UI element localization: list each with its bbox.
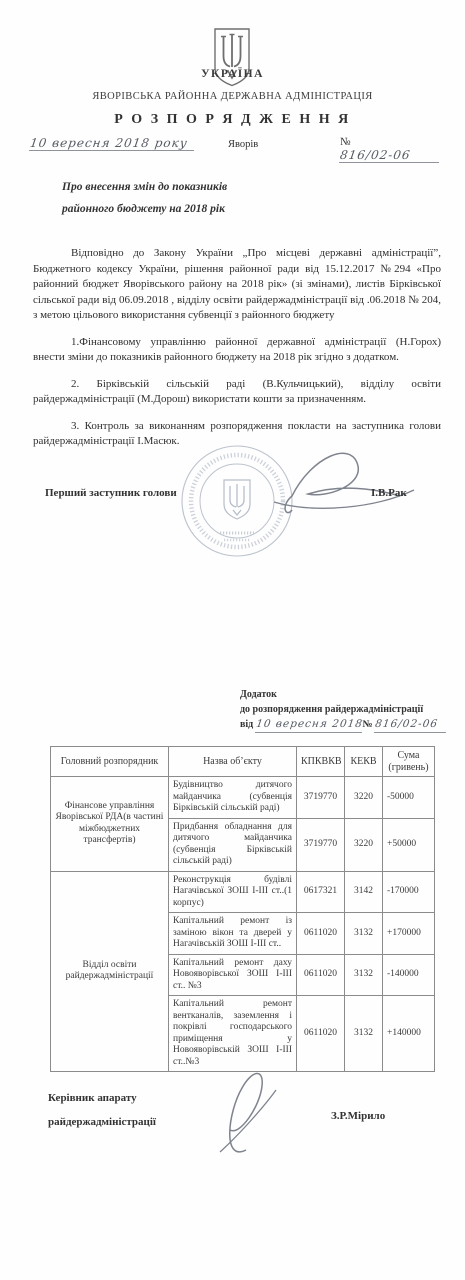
appendix-reference-line: від 10 вересня 2018№ 816/02-06 [240, 717, 456, 733]
kekv-code: 3132 [345, 954, 383, 996]
object-name: Капітальний ремонт із заміною вікон та д… [169, 913, 297, 955]
appendix-from-label: від [240, 719, 253, 730]
kekv-code: 3220 [345, 818, 383, 871]
appendix-subtitle: до розпорядження райдержадміністрації [240, 702, 456, 717]
object-name: Реконструкція будівлі Нагачівської ЗОШ І… [169, 871, 297, 913]
position-line-1: Керівник апарату [48, 1086, 156, 1110]
kekv-code: 3220 [345, 777, 383, 819]
paragraph-preamble: Відповідно до Закону України „Про місцев… [33, 246, 441, 324]
kpkvkv-code: 0611020 [297, 913, 345, 955]
number-label: № [340, 136, 351, 148]
sum-value: +50000 [383, 818, 435, 871]
signatory-position-2: Керівник апарату райдержадміністрації [48, 1086, 156, 1134]
dateline: 10 вересня 2018 року Яворів № 816/02-06 [30, 136, 443, 158]
city-name: Яворів [228, 139, 258, 150]
table-header-row: Головний розпорядник Назва об’єкту КПКВК… [51, 747, 435, 777]
kekv-code: 3132 [345, 913, 383, 955]
signature-scribble-mirylo [212, 1062, 298, 1162]
sum-value: +170000 [383, 913, 435, 955]
kpkvkv-code: 0611020 [297, 996, 345, 1072]
signature-scribble-rak [268, 440, 418, 532]
signatory-name-2: З.Р.Мірило [331, 1110, 385, 1122]
table-row: Фінансове управління Яворівської РДА(в ч… [51, 777, 435, 819]
paragraph-item-2: 2. Бірківській сільській раді (В.Кульчиц… [33, 377, 441, 408]
header-kpkvkv: КПКВКВ [297, 747, 345, 777]
sum-value: +140000 [383, 996, 435, 1072]
signatory-position-1: Перший заступник голови [45, 487, 177, 499]
sum-value: -50000 [383, 777, 435, 819]
manager-finance-dept: Фінансове управління Яворівської РДА(в ч… [51, 777, 169, 872]
kekv-code: 3132 [345, 996, 383, 1072]
object-name: Будівництво дитячого майданчика (субвенц… [169, 777, 297, 819]
appendix-number-label: № [363, 719, 373, 730]
kpkvkv-code: 0617321 [297, 871, 345, 913]
object-name: Капітальний ремонт вентканалів, заземлен… [169, 996, 297, 1072]
budget-changes-table: Головний розпорядник Назва об’єкту КПКВК… [50, 746, 435, 1072]
appendix-handwritten-date: 10 вересня 2018 [255, 717, 364, 733]
kpkvkv-code: 0611020 [297, 954, 345, 996]
header-manager: Головний розпорядник [51, 747, 169, 777]
header-sum: Сума (гривень) [383, 747, 435, 777]
appendix-label: Додаток [240, 687, 456, 702]
sum-value: -140000 [383, 954, 435, 996]
title-line-2: районного бюджету на 2018 рік [62, 198, 342, 220]
position-line-2: райдержадміністрації [48, 1110, 156, 1134]
table-row: Відділ освіти райдержадміністрації Рекон… [51, 871, 435, 913]
signatory-name-1: І.В.Рак [371, 487, 407, 499]
kekv-code: 3142 [345, 871, 383, 913]
sum-value: -170000 [383, 871, 435, 913]
organization-name: ЯВОРІВСЬКА РАЙОННА ДЕРЖАВНА АДМІНІСТРАЦІ… [0, 91, 465, 102]
appendix-heading: Додаток до розпорядження райдержадмініст… [240, 687, 456, 733]
country-name: УКРАЇНА [0, 68, 465, 80]
handwritten-number: 816/02-06 [339, 148, 441, 163]
handwritten-date: 10 вересня 2018 року [29, 136, 196, 151]
header-object: Назва об’єкту [169, 747, 297, 777]
manager-education-dept: Відділ освіти райдержадміністрації [51, 871, 169, 1072]
kpkvkv-code: 3719770 [297, 777, 345, 819]
title-line-1: Про внесення змін до показників [62, 176, 342, 198]
document-title: Про внесення змін до показників районног… [62, 176, 342, 220]
paragraph-item-1: 1.Фінансовому управлінню районної держав… [33, 335, 441, 366]
document-type-heading: Р О З П О Р Я Д Ж Е Н Н Я [0, 112, 465, 128]
object-name: Капітальний ремонт даху Новояворівської … [169, 954, 297, 996]
object-name: Придбання обладнання для дитячого майдан… [169, 818, 297, 871]
kpkvkv-code: 3719770 [297, 818, 345, 871]
header-kekv: КЕКВ [345, 747, 383, 777]
document-number: № 816/02-06 [340, 136, 443, 163]
document-page: УКРАЇНА ЯВОРІВСЬКА РАЙОННА ДЕРЖАВНА АДМІ… [0, 0, 465, 1280]
document-body: Відповідно до Закону України „Про місцев… [33, 246, 441, 461]
appendix-handwritten-number: 816/02-06 [374, 717, 448, 733]
